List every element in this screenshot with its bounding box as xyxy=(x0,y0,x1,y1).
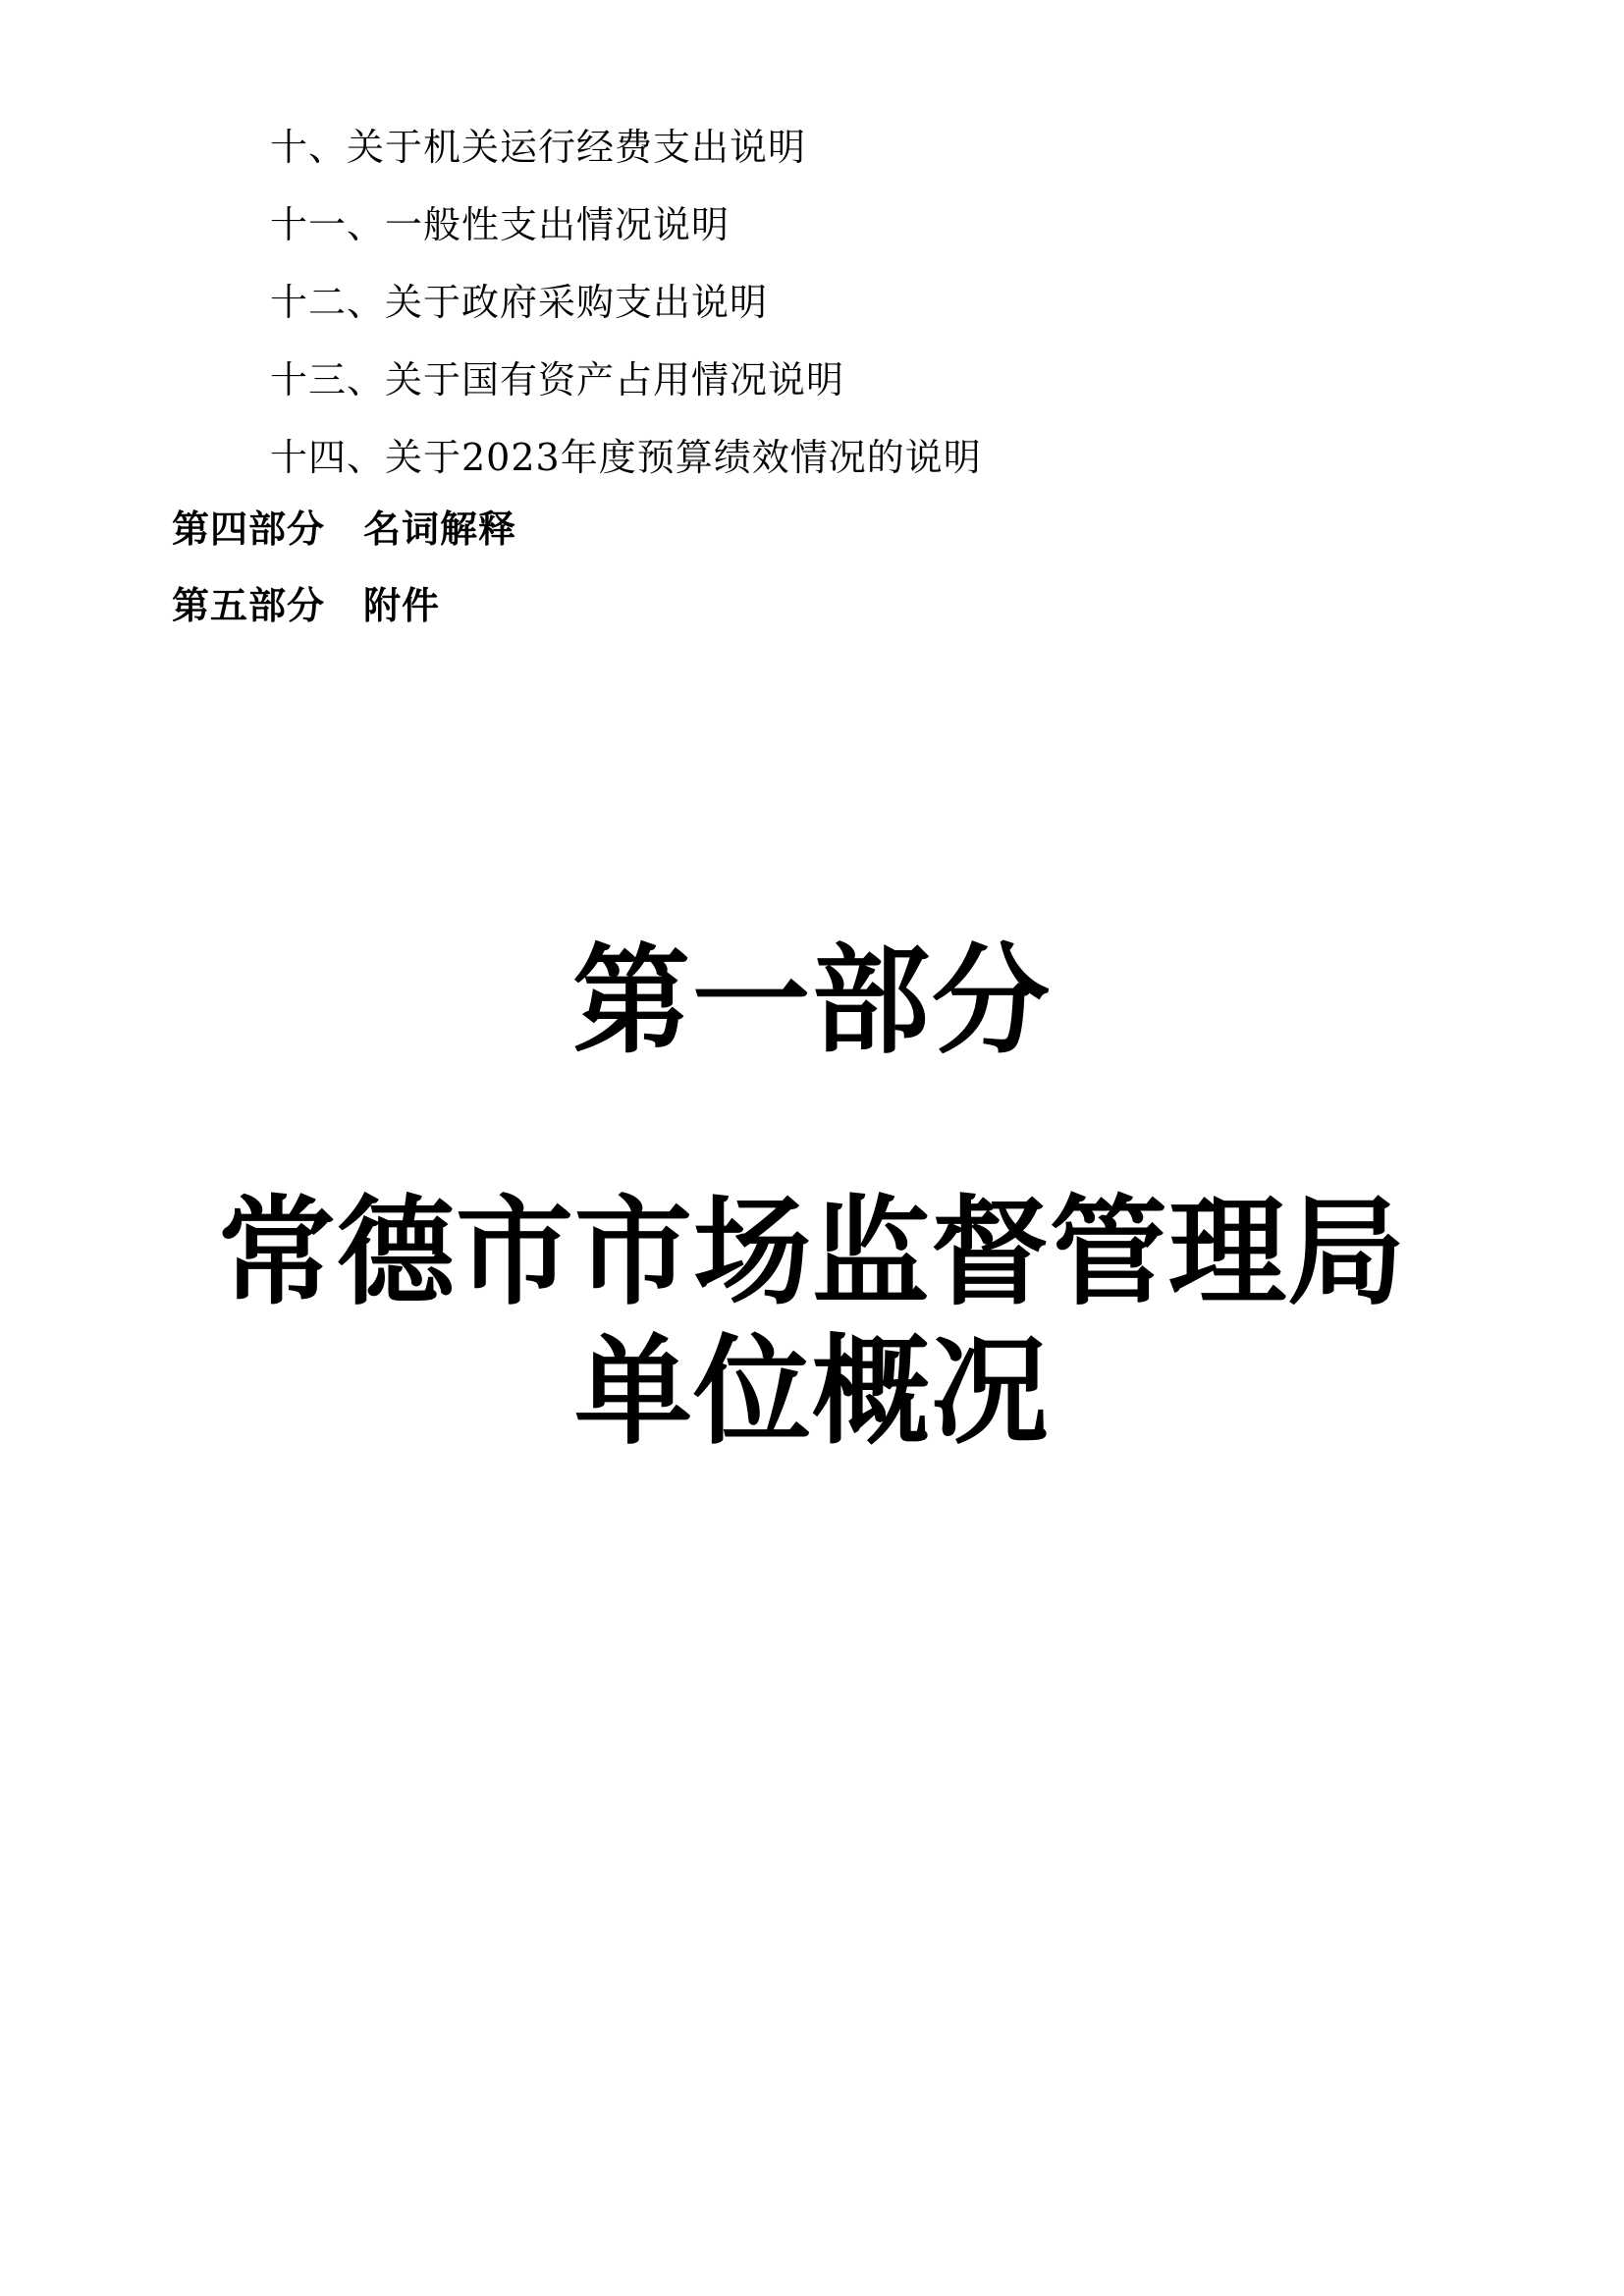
part-section-list: 第四部分 名词解释 第五部分 附件 xyxy=(172,491,516,644)
unit-overview-title: 常德市市场监督管理局 单位概况 xyxy=(0,1183,1624,1462)
toc-item: 十二、关于政府采购支出说明 xyxy=(270,264,982,342)
toc-item: 十三、关于国有资产占用情况说明 xyxy=(270,342,982,419)
document-page: 十、关于机关运行经费支出说明 十一、一般性支出情况说明 十二、关于政府采购支出说… xyxy=(0,0,1624,2296)
table-of-contents: 十、关于机关运行经费支出说明 十一、一般性支出情况说明 十二、关于政府采购支出说… xyxy=(270,109,982,497)
part-one-title: 第一部分 xyxy=(0,923,1624,1080)
toc-item: 十一、一般性支出情况说明 xyxy=(270,187,982,264)
unit-overview-title-line1: 常德市市场监督管理局 xyxy=(0,1183,1624,1322)
toc-item: 十四、关于2023年度预算绩效情况的说明 xyxy=(270,419,982,497)
toc-item: 十、关于机关运行经费支出说明 xyxy=(270,109,982,187)
unit-overview-title-line2: 单位概况 xyxy=(0,1322,1624,1462)
section-heading-part4: 第四部分 名词解释 xyxy=(172,491,516,567)
section-heading-part5: 第五部分 附件 xyxy=(172,567,516,644)
